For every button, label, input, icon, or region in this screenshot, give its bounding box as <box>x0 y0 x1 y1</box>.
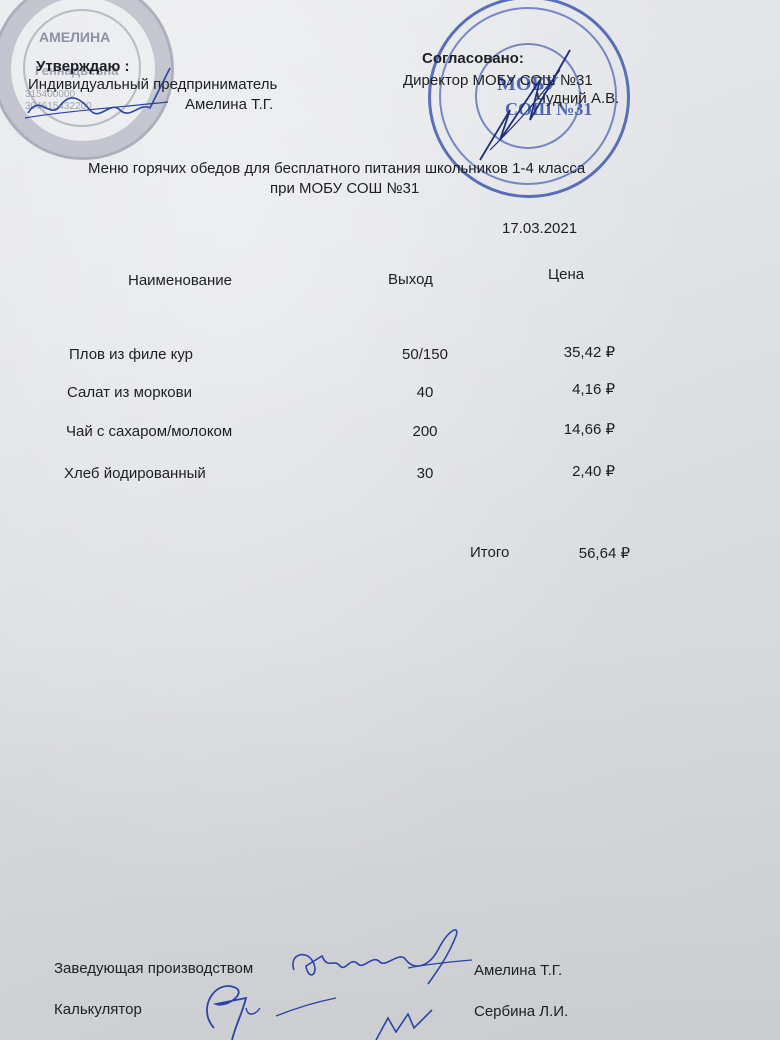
total-label: Итого <box>470 544 509 561</box>
dish-price: 4,16 ₽ <box>520 380 615 398</box>
total-value: 56,64 ₽ <box>535 544 630 562</box>
header-price: Цена <box>548 266 584 283</box>
paper-background <box>0 0 780 1040</box>
approval-signature <box>20 58 180 128</box>
dish-name: Хлеб йодированный <box>64 465 206 482</box>
header-yield: Выход <box>388 271 433 288</box>
dish-name: Плов из филе кур <box>69 346 193 363</box>
approval-name: Амелина Т.Г. <box>185 96 273 113</box>
dish-name: Чай с сахаром/молоком <box>66 423 232 440</box>
signature-role-calculator: Калькулятор <box>54 1001 142 1018</box>
stamp-surname: АМЕЛИНА <box>39 29 110 45</box>
header-name: Наименование <box>128 272 232 289</box>
dish-price: 35,42 ₽ <box>520 343 615 361</box>
dish-price: 14,66 ₽ <box>520 420 615 438</box>
signature-name-production: Амелина Т.Г. <box>474 962 562 979</box>
dish-price: 2,40 ₽ <box>520 462 615 480</box>
dish-yield: 30 <box>380 465 470 482</box>
signature-name-calculator: Сербина Л.И. <box>474 1003 568 1020</box>
dish-yield: 50/150 <box>380 346 470 363</box>
menu-date: 17.03.2021 <box>502 220 577 237</box>
menu-title: Меню горячих обедов для бесплатного пита… <box>88 160 585 177</box>
menu-subtitle: при МОБУ СОШ №31 <box>270 180 419 197</box>
dish-yield: 200 <box>380 423 470 440</box>
calculator-signature <box>186 968 446 1040</box>
dish-name: Салат из моркови <box>67 384 192 401</box>
agreement-signature <box>470 40 590 170</box>
dish-yield: 40 <box>380 384 470 401</box>
